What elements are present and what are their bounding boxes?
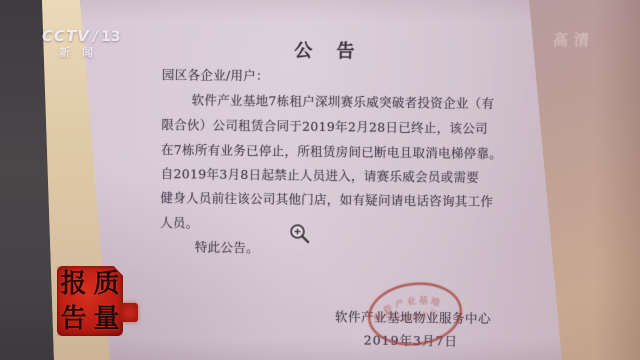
hd-badge: 高清 (553, 29, 595, 50)
document-body-line: 人员。 (160, 213, 199, 231)
document-body-line: 自2019年3月8日起禁止人员进入，请赛乐威会员或需要 (161, 164, 480, 186)
cctv-channel-number: 13 (101, 30, 120, 44)
quality-report-seal: 报 质 告 量 (57, 266, 123, 336)
seal-char-top-left: 报 (60, 271, 86, 297)
document-salutation: 园区各企业/用户： (162, 65, 269, 84)
cctv-wordmark: CCTV (42, 29, 90, 44)
document-body-line: 在7栋所有业务已停止，所租赁房间已断电且取消电梯停靠。 (161, 140, 502, 162)
seal-char-bottom-right: 量 (93, 306, 119, 332)
seal-corner-tab (121, 303, 138, 322)
document-body-line: 健身人员前往该公司其他门店，如有疑问请电话咨询其工作 (160, 188, 493, 210)
seal-char-top-right: 质 (93, 271, 119, 297)
document-title: 公 告 (294, 37, 364, 64)
red-oval-stamp: 软件产业基地 物业服务中心 (356, 269, 475, 360)
cctv-13-logo: CCTV / 13 新闻 (42, 29, 120, 58)
magnifier-zoom-in-icon (288, 222, 312, 246)
document-body-line: 限合伙）公司租赁合同于2019年2月28日已终止，该公司 (161, 115, 488, 137)
cctv-logo-slash: / (93, 30, 98, 44)
document-closing: 特此公告。 (195, 237, 259, 256)
document-body-line: 软件产业基地7栋租户深圳赛乐威突破者投资企业（有 (192, 90, 495, 112)
cctv-channel-subtitle: 新闻 (59, 47, 120, 58)
cctv-logo-row: CCTV / 13 (42, 29, 120, 44)
seal-char-bottom-left: 告 (60, 306, 86, 332)
